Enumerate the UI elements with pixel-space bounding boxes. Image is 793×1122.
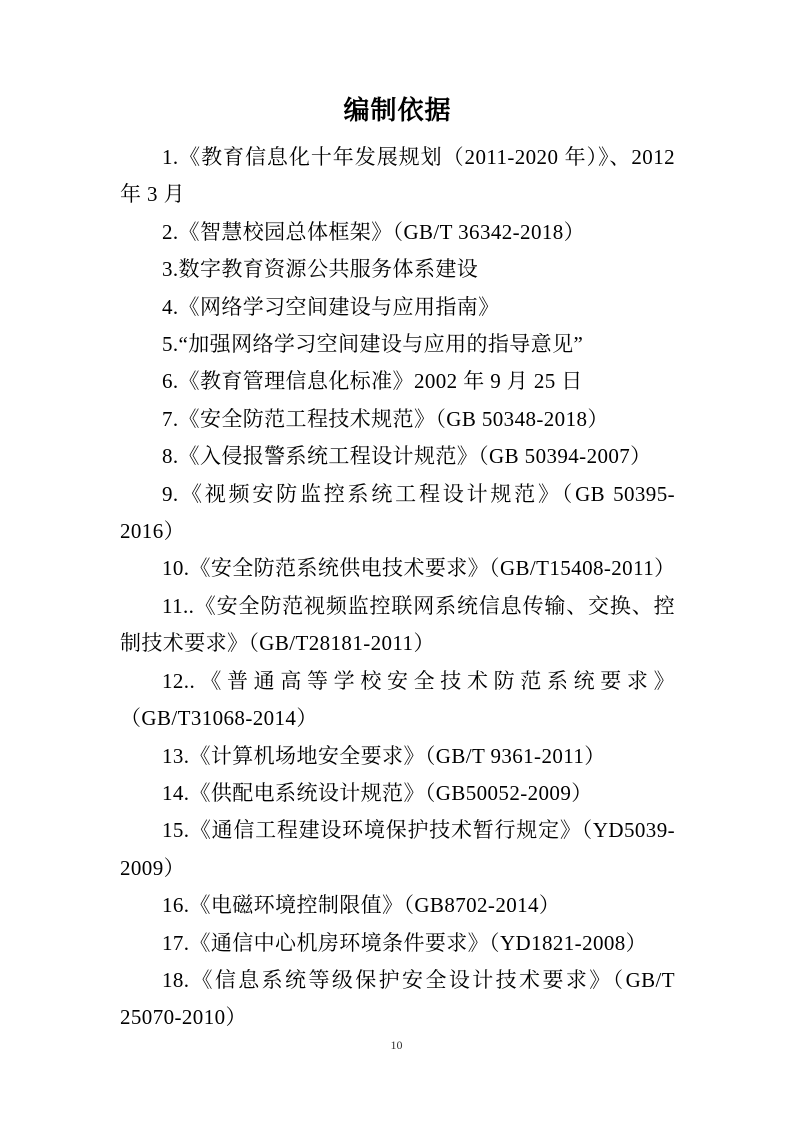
list-item: 11..《安全防范视频监控联网系统信息传输、交换、控制技术要求》（GB/T281… — [120, 588, 675, 663]
list-item: 10.《安全防范系统供电技术要求》（GB/T15408-2011） — [120, 550, 675, 587]
list-item: 1.《教育信息化十年发展规划（2011-2020 年）》、2012 年 3 月 — [120, 139, 675, 214]
page-number: 10 — [0, 1037, 793, 1053]
list-item: 6.《教育管理信息化标准》2002 年 9 月 25 日 — [120, 363, 675, 400]
list-item: 5.“加强网络学习空间建设与应用的指导意见” — [120, 326, 675, 363]
list-item: 3.数字教育资源公共服务体系建设 — [120, 251, 675, 288]
page-title: 编制依据 — [120, 92, 675, 130]
list-item: 12..《普通高等学校安全技术防范系统要求》（GB/T31068-2014） — [120, 663, 675, 738]
list-item: 7.《安全防范工程技术规范》（GB 50348-2018） — [120, 401, 675, 438]
list-item: 15.《通信工程建设环境保护技术暂行规定》（YD5039-2009） — [120, 812, 675, 887]
list-item: 17.《通信中心机房环境条件要求》（YD1821-2008） — [120, 925, 675, 962]
list-item: 14.《供配电系统设计规范》（GB50052-2009） — [120, 775, 675, 812]
list-item: 4.《网络学习空间建设与应用指南》 — [120, 289, 675, 326]
reference-list: 1.《教育信息化十年发展规划（2011-2020 年）》、2012 年 3 月2… — [120, 139, 675, 1037]
list-item: 16.《电磁环境控制限值》（GB8702-2014） — [120, 887, 675, 924]
list-item: 9.《视频安防监控系统工程设计规范》（GB 50395-2016） — [120, 476, 675, 551]
document-page: 编制依据 1.《教育信息化十年发展规划（2011-2020 年）》、2012 年… — [0, 0, 793, 1122]
list-item: 8.《入侵报警系统工程设计规范》（GB 50394-2007） — [120, 438, 675, 475]
list-item: 13.《计算机场地安全要求》（GB/T 9361-2011） — [120, 738, 675, 775]
list-item: 2.《智慧校园总体框架》（GB/T 36342-2018） — [120, 214, 675, 251]
list-item: 18.《信息系统等级保护安全设计技术要求》（GB/T 25070-2010） — [120, 962, 675, 1037]
